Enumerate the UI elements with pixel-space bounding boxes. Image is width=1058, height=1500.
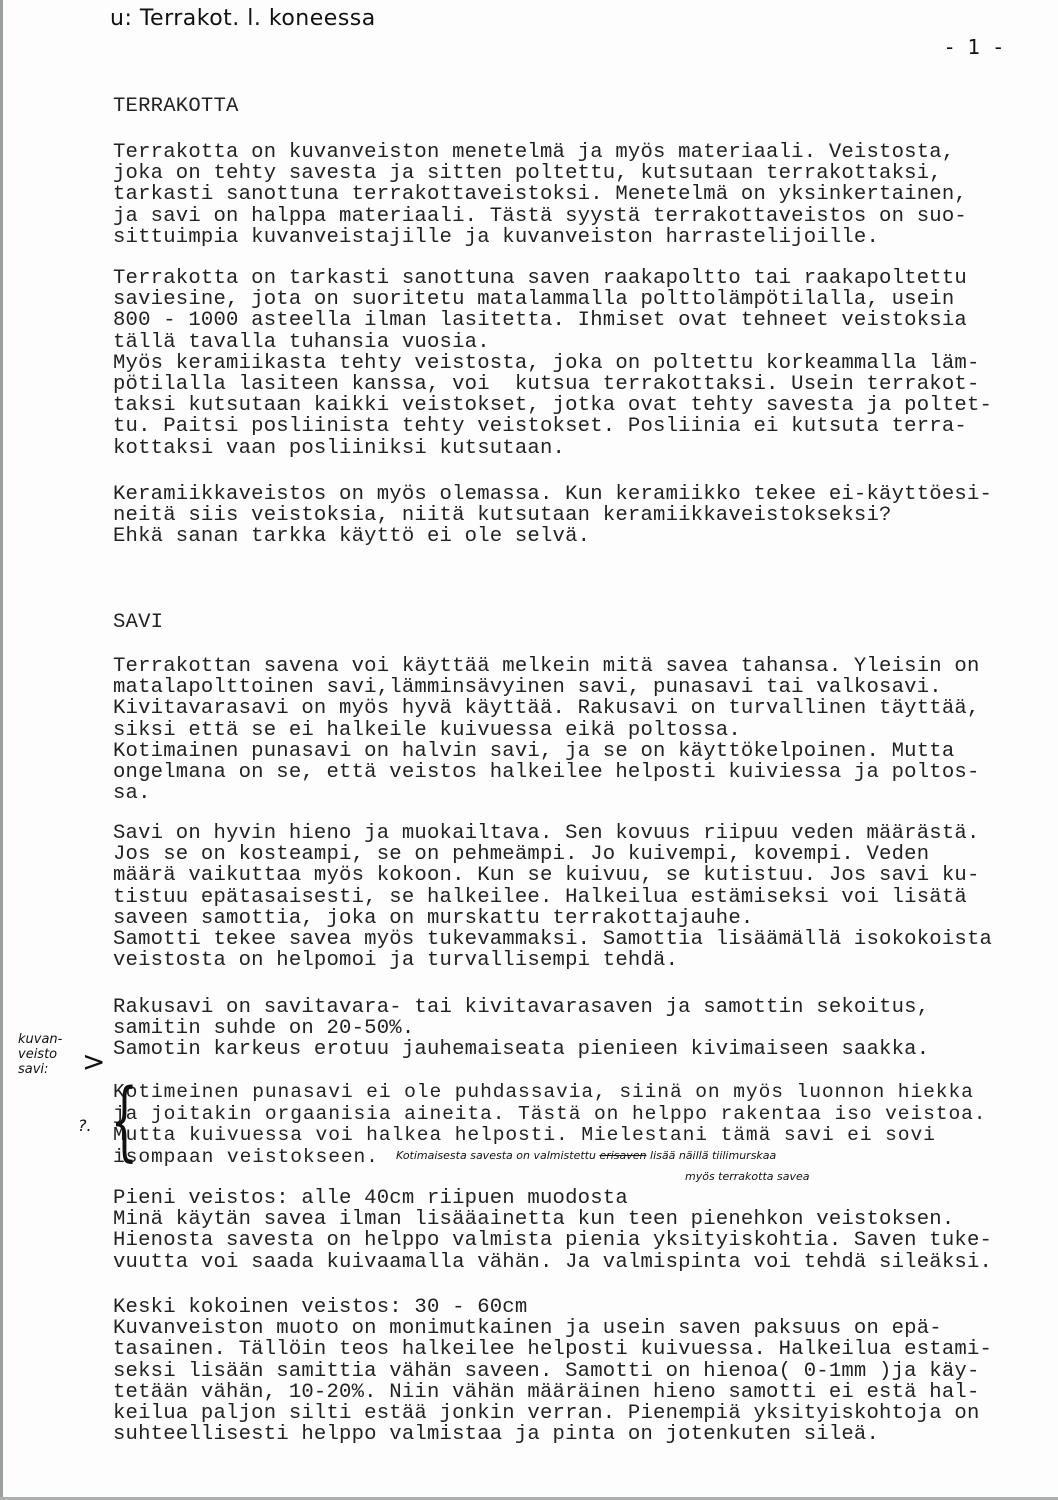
inline-handwritten-note: Kotimaisesta savesta on valmistettu eris… xyxy=(396,1149,776,1162)
paragraph: Savi on hyvin hieno ja muokailtava. Sen … xyxy=(113,823,992,971)
margin-arrow-icon: > xyxy=(82,1054,105,1069)
note-part2: lisää näillä tiilimurskaa xyxy=(650,1149,776,1162)
document-page: u: Terrakot. l. koneessa - 1 - TERRAKOTT… xyxy=(0,0,1058,1500)
brace-icon: { xyxy=(111,1076,138,1166)
paragraph: Terrakotta on tarkasti sanottuna saven r… xyxy=(113,268,992,459)
paragraph: Keramiikkaveistos on myös olemassa. Kun … xyxy=(113,484,992,548)
page-number: - 1 - xyxy=(946,35,1006,59)
margin-note-label: kuvan- veisto savi: xyxy=(18,1032,62,1077)
handwritten-header: u: Terrakot. l. koneessa xyxy=(110,6,376,31)
paragraph: Keski kokoinen veistos: 30 - 60cm Kuvanv… xyxy=(113,1297,992,1445)
note-struck-word: erisaven xyxy=(599,1149,646,1162)
section-heading-savi: SAVI xyxy=(113,612,163,633)
margin-question-mark: ?. xyxy=(78,1118,92,1133)
paragraph: Terrakotta on kuvanveiston menetelmä ja … xyxy=(113,142,967,248)
section-heading-terrakotta: TERRAKOTTA xyxy=(113,96,239,117)
paragraph: Terrakottan savena voi käyttää melkein m… xyxy=(113,656,980,804)
paragraph: Pieni veistos: alle 40cm riipuen muodost… xyxy=(113,1188,992,1273)
note-part1: Kotimaisesta savesta on valmistettu xyxy=(396,1149,596,1162)
scan-edge-left xyxy=(0,0,3,1500)
inline-handwritten-note-line2: myös terrakotta savea xyxy=(685,1170,810,1183)
paragraph: Rakusavi on savitavara- tai kivitavarasa… xyxy=(113,997,929,1061)
